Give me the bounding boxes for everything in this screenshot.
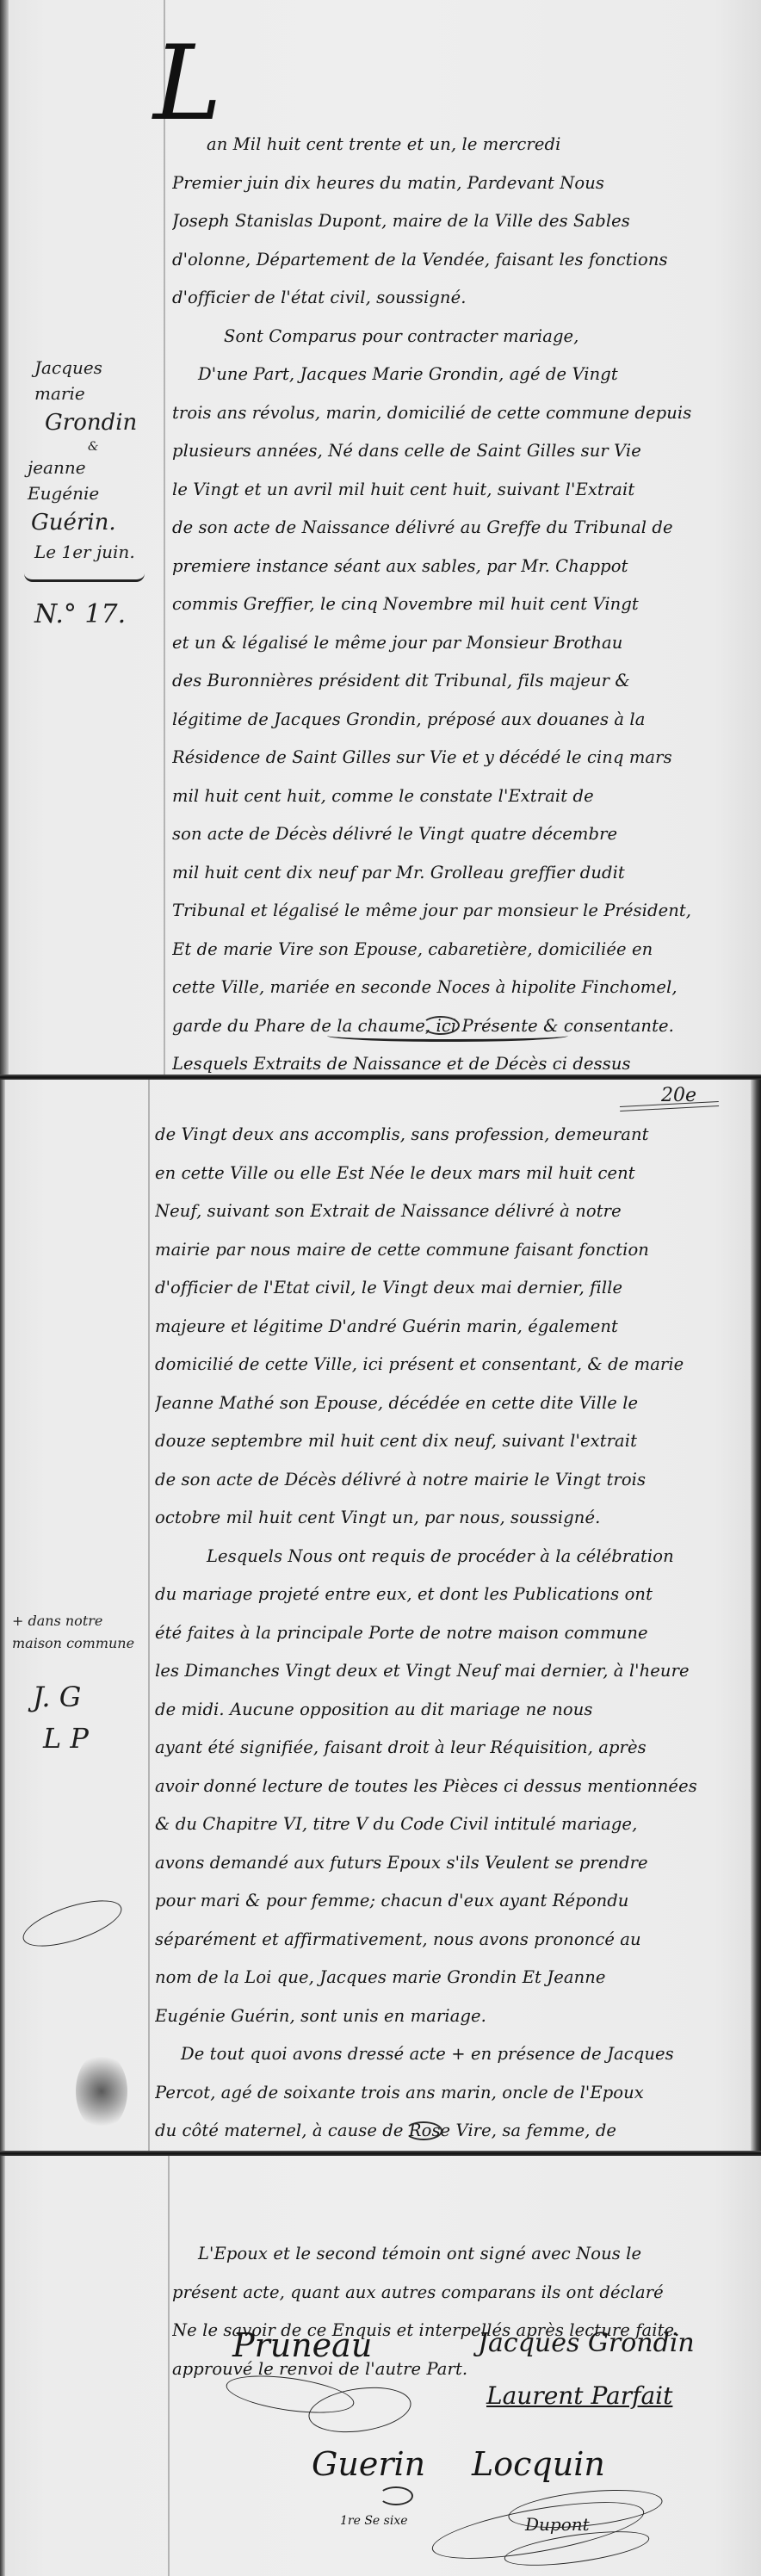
text-line: majeure et légitime D'andré Guérin marin… [155,1308,735,1347]
text-line: d'officier de l'Etat civil, le Vingt deu… [155,1269,735,1308]
signature-block: Pruneau Jacques Grondin Laurent Parfait … [0,2156,761,2576]
text-line: Percot, agé de soixante trois ans marin,… [155,2074,735,2113]
margin-paraph-scribble [18,1891,127,1955]
text-line: en cette Ville ou elle Est Née le deux m… [155,1155,735,1193]
text-line: Résidence de Saint Gilles sur Vie et y d… [172,739,735,777]
margin-rule [164,0,165,1076]
margin-groom-first-names: Jacques marie [34,355,157,406]
text-line: Tribunal et légalisé le même jour par mo… [172,892,735,931]
text-line: domicilié de cette Ville, ici présent et… [155,1346,735,1384]
record-body-text: de Vingt deux ans accomplis, sans profes… [155,1116,735,2152]
text-line: le Vingt et un avril mil huit cent huit,… [172,471,735,510]
text-line: De tout quoi avons dressé acte + en prés… [155,2035,735,2074]
text-line: du côté maternel, à cause de Rose Vire, … [155,2112,735,2151]
drop-cap-initial: L [153,33,222,136]
text-line: de midi. Aucune opposition au dit mariag… [155,1691,735,1730]
margin-insertion-note: + dans notre [12,1610,150,1632]
text-line: ayant été signifiée, faisant droit à leu… [155,1729,735,1768]
text-line: an Mil huit cent trente et un, le mercre… [172,126,735,164]
text-line: de son acte de Naissance délivré au Gref… [172,509,735,548]
signature-jacques-grondin: Jacques Grondin [478,2328,695,2358]
margin-annotation: + dans notre maison commune J. G L P [12,1610,150,1758]
signature-guerin: Guerin [312,2445,425,2483]
text-line: mil huit cent dix neuf par Mr. Grolleau … [172,854,735,893]
text-line: des Buronnières président dit Tribunal, … [172,662,735,701]
signature-pruneau: Pruneau [232,2326,372,2364]
margin-date: Le 1er juin. [34,539,157,565]
text-line: plusieurs années, Né dans celle de Saint… [172,432,735,471]
text-line: du mariage projeté entre eux, et dont le… [155,1576,735,1614]
text-line: Premier juin dix heures du matin, Pardev… [172,164,735,203]
margin-ampersand: & [88,439,157,455]
text-line: d'officier de l'état civil, soussigné. [172,279,735,318]
text-line: son acte de Décès délivré le Vingt quatr… [172,815,735,854]
margin-bride-first-names: jeanne Eugénie [28,455,157,506]
page-left-edge [0,0,9,1076]
margin-initials: J. G [33,1675,150,1718]
register-page-2: 20e + dans notre maison commune J. G L P… [0,1080,761,2152]
text-line: Joseph Stanislas Dupont, maire de la Vil… [172,202,735,241]
text-line: cette Ville, mariée en seconde Noces à h… [172,969,735,1007]
paraph-flourish [379,2486,413,2505]
margin-flourish [24,573,145,582]
text-line: Jeanne Mathé son Epouse, décédée en cett… [155,1384,735,1423]
text-line: premiere instance séant aux sables, par … [172,548,735,586]
text-line: d'olonne, Département de la Vendée, fais… [172,241,735,280]
record-body-text: an Mil huit cent trente et un, le mercre… [172,126,735,1076]
text-line: Sont Comparus pour contracter mariage, [172,318,735,356]
ink-stain [76,2053,127,2130]
page-left-edge [0,1080,5,2152]
text-line: nom de la Loi que, Jacques marie Grondin… [155,1959,735,1997]
text-line: de son acte de Décès délivré à notre mai… [155,1461,735,1500]
text-line: et un & légalisé le même jour par Monsie… [172,624,735,663]
margin-insertion-note: maison commune [12,1632,150,1655]
margin-initials: L P [43,1718,150,1758]
record-number: N.° 17. [34,598,157,632]
text-line: Lesquels Extraits de Naissance et de Déc… [172,1045,735,1076]
margin-bride-surname: Guérin. [31,506,157,539]
text-line: avoir donné lecture de toutes les Pièces… [155,1768,735,1806]
text-line: douze septembre mil huit cent dix neuf, … [155,1422,735,1461]
text-line: Lesquels Nous ont requis de procéder à l… [155,1538,735,1576]
margin-groom-surname: Grondin [45,406,157,439]
text-line: mil huit cent huit, comme le constate l'… [172,777,735,816]
text-line: & du Chapitre VI, titre V du Code Civil … [155,1805,735,1844]
page-right-edge [751,1080,761,2152]
text-line: été faites à la principale Porte de notr… [155,1614,735,1653]
closing-flourish [327,1030,568,1042]
text-line: octobre mil huit cent Vingt un, par nous… [155,1499,735,1538]
register-page-3: L'Epoux et le second témoin ont signé av… [0,2156,761,2576]
text-line: pour mari & pour femme; chacun d'eux aya… [155,1882,735,1921]
text-line: avons demandé aux futurs Epoux s'ils Veu… [155,1844,735,1883]
text-line: de Vingt deux ans accomplis, sans profes… [155,1116,735,1155]
text-line: mairie par nous maire de cette commune f… [155,1231,735,1270]
paraph-flourish [405,2121,442,2140]
register-page-1: Jacques marie Grondin & jeanne Eugénie G… [0,0,761,1076]
text-line: Eugénie Guérin, sont unis en mariage. [155,1997,735,2036]
text-line: Et de marie Vire son Epouse, cabaretière… [172,931,735,969]
text-line: commis Greffier, le cinq Novembre mil hu… [172,585,735,624]
signature-locquin: Locquin [472,2445,605,2483]
text-line: les Dimanches Vingt deux et Vingt Neuf m… [155,1652,735,1691]
signature-note: 1re Se sixe [340,2514,408,2528]
text-line: trois ans révolus, marin, domicilié de c… [172,394,735,433]
text-line: légitime de Jacques Grondin, préposé aux… [172,701,735,740]
text-line: D'une Part, Jacques Marie Grondin, agé d… [172,356,735,394]
margin-annotation: Jacques marie Grondin & jeanne Eugénie G… [19,355,157,632]
text-line: Neuf, suivant son Extrait de Naissance d… [155,1192,735,1231]
signature-laurent-parfait: Laurent Parfait [486,2381,672,2410]
text-line: séparément et affirmativement, nous avon… [155,1921,735,1960]
